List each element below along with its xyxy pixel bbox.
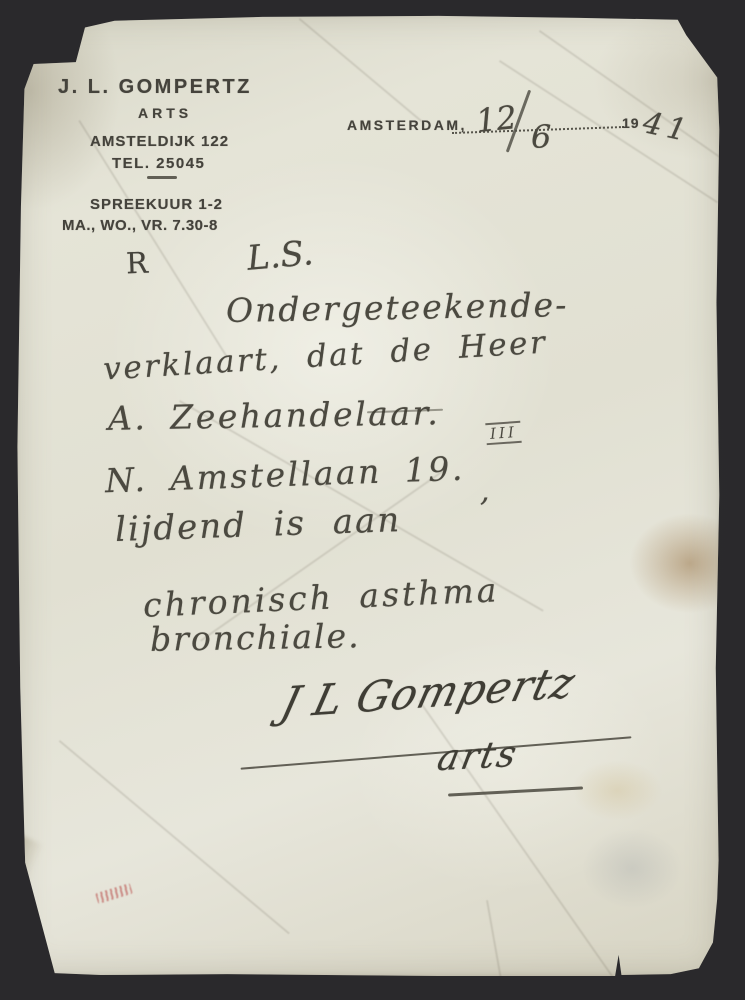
handwritten-salutation: L.S. xyxy=(245,233,315,279)
handwritten-line: verklaart, dat de Heer xyxy=(102,324,548,387)
letterhead-consult-days: MA., WO., VR. 7.30-8 xyxy=(62,217,218,234)
red-ink-mark xyxy=(95,883,133,904)
crease-line xyxy=(539,30,736,169)
letterhead-consult-hours: SPREEKUUR 1-2 xyxy=(90,196,223,213)
dateline-city-label: AMSTERDAM, xyxy=(347,117,467,133)
handwritten-comma: , xyxy=(480,474,490,509)
crease-line xyxy=(299,18,423,122)
handwritten-floor-mark: III xyxy=(485,421,521,445)
signature-title-underline xyxy=(448,786,583,796)
letterhead-address: AMSTELDIJK 122 xyxy=(90,133,229,150)
crease-line xyxy=(487,900,502,979)
handwritten-line: Ondergeteekende- xyxy=(226,285,569,330)
handwritten-line: A. Zeehandelaar. xyxy=(108,393,441,438)
signature: J L Gompertz xyxy=(276,657,581,727)
crease-line xyxy=(59,740,290,934)
handwritten-month: 6 xyxy=(531,118,551,156)
handwritten-year: 41 xyxy=(640,105,694,149)
letterhead-name: J. L. GOMPERTZ xyxy=(58,76,252,99)
letterhead-profession: ARTS xyxy=(138,105,192,121)
paper: J. L. GOMPERTZ ARTS AMSTELDIJK 122 TEL. … xyxy=(16,14,720,976)
signature-title: arts xyxy=(434,734,522,780)
fold-crease xyxy=(0,830,45,1000)
handwritten-line: lijdend is aan xyxy=(114,500,401,550)
dateline-century: 19 xyxy=(622,115,640,131)
handwritten-line: bronchiale. xyxy=(150,616,361,659)
telephone-underline xyxy=(147,176,177,179)
scan-background: J. L. GOMPERTZ ARTS AMSTELDIJK 122 TEL. … xyxy=(0,0,745,1000)
recipe-symbol: R xyxy=(125,246,148,281)
letterhead-telephone: TEL. 25045 xyxy=(112,155,205,172)
